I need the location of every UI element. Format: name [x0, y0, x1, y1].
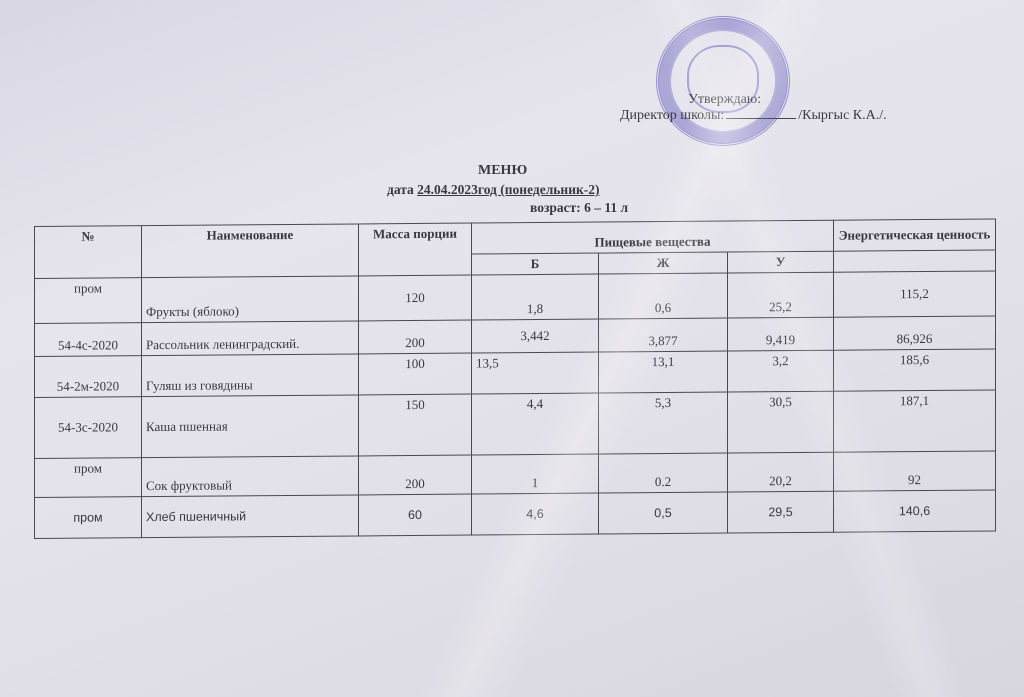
- cell-zh: 13,1: [599, 351, 728, 393]
- cell-num: пром: [35, 497, 142, 539]
- menu-date: дата 24.04.2023год (понедельник-2): [387, 182, 600, 198]
- cell-mass: 60: [359, 494, 472, 536]
- date-value: 24.04.2023год (понедельник-2): [417, 182, 599, 197]
- cell-b: 3,442: [472, 319, 599, 353]
- cell-mass: 200: [359, 455, 472, 495]
- cell-num: 54-2м-2020: [35, 356, 142, 398]
- cell-b: 1,8: [472, 274, 599, 320]
- cell-zh: 0,5: [599, 492, 728, 534]
- page-title: МЕНЮ: [478, 163, 527, 179]
- column-header-mass: Масса порции: [359, 223, 472, 276]
- cell-b: 1: [472, 454, 599, 494]
- cell-b: 13,5: [472, 352, 599, 394]
- cell-energy: 86,926: [834, 316, 996, 350]
- column-header-zh: Ж: [599, 252, 728, 274]
- cell-u: 9,419: [728, 317, 834, 351]
- cell-mass: 120: [359, 275, 472, 321]
- table-row: пром Фрукты (яблоко) 120 1,8 0,6 25,2 11…: [35, 271, 996, 324]
- table-row: 54-3с-2020 Каша пшенная 150 4,4 5,3 30,5…: [35, 390, 996, 459]
- column-header-energy: Энергетическая ценность: [834, 219, 996, 251]
- date-prefix: дата: [387, 182, 417, 197]
- cell-energy: 140,6: [834, 490, 996, 532]
- cell-mass: 150: [359, 394, 472, 456]
- director-label: Директор школы:: [620, 108, 724, 123]
- cell-b: 4,4: [472, 393, 599, 455]
- cell-b: 4,6: [472, 493, 599, 535]
- cell-num: 54-4с-2020: [35, 323, 142, 357]
- age-group: возраст: 6 – 11 л: [530, 200, 628, 216]
- cell-u: 29,5: [728, 491, 834, 533]
- cell-zh: 3,877: [599, 318, 728, 352]
- cell-zh: 0.2: [599, 453, 728, 493]
- column-header-u: У: [728, 251, 834, 273]
- cell-u: 3,2: [728, 350, 834, 392]
- cell-energy: 187,1: [834, 390, 996, 452]
- column-header-num: №: [35, 226, 142, 279]
- cell-name: Сок фруктовый: [142, 456, 359, 497]
- cell-zh: 0,6: [599, 273, 728, 319]
- cell-name: Каша пшенная: [142, 395, 359, 458]
- cell-name: Хлеб пшеничный: [142, 495, 359, 538]
- signature-line: [726, 118, 796, 119]
- cell-u: 20,2: [728, 452, 834, 492]
- cell-num: пром: [35, 278, 142, 324]
- cell-mass: 200: [359, 320, 472, 354]
- cell-energy: 115,2: [834, 271, 996, 317]
- menu-table: № Наименование Масса порции Пищевые веще…: [34, 218, 996, 539]
- column-header-name: Наименование: [142, 224, 359, 278]
- cell-num: 54-3с-2020: [35, 397, 142, 459]
- director-name: /Кыргыс К.А./.: [798, 108, 886, 123]
- cell-name: Рассольник ленинградский.: [142, 321, 359, 356]
- director-signature-line: Директор школы:/Кыргыс К.А./.: [620, 108, 887, 124]
- cell-u: 25,2: [728, 272, 834, 318]
- cell-mass: 100: [359, 353, 472, 395]
- cell-num: пром: [35, 458, 142, 498]
- column-header-energy-sub: [834, 250, 996, 272]
- approve-label: Утверждаю:: [688, 92, 761, 108]
- column-header-nutrients: Пищевые вещества: [472, 220, 834, 254]
- cell-energy: 92: [834, 451, 996, 491]
- cell-zh: 5,3: [599, 392, 728, 454]
- school-stamp: [656, 16, 790, 146]
- cell-name: Фрукты (яблоко): [142, 276, 359, 323]
- cell-energy: 185,6: [834, 349, 996, 391]
- cell-name: Гуляш из говядины: [142, 354, 359, 397]
- column-header-b: Б: [472, 253, 599, 275]
- table-row: пром Хлеб пшеничный 60 4,6 0,5 29,5 140,…: [35, 490, 996, 539]
- cell-u: 30,5: [728, 391, 834, 453]
